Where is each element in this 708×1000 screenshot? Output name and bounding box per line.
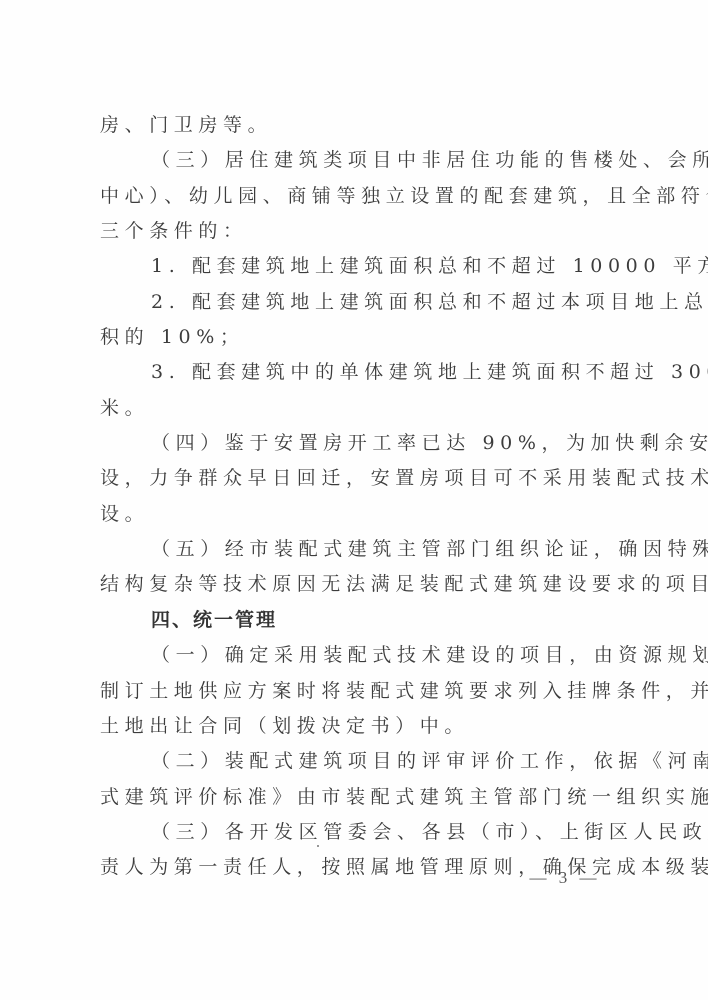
- text-line: （三）各开发区管委会、各县（市）、上街区人民政府主要负: [100, 815, 620, 850]
- document-page: 房、门卫房等。 （三）居住建筑类项目中非居住功能的售楼处、会所（活动 中心）、幼…: [0, 0, 708, 1000]
- text-line: 2. 配套建筑地上建筑面积总和不超过本项目地上总建筑面: [100, 285, 620, 320]
- scan-artifact-dot: [317, 845, 319, 847]
- text-line: 制订土地供应方案时将装配式建筑要求列入挂牌条件，并落实到: [100, 674, 620, 709]
- text-line: 式建筑评价标准》由市装配式建筑主管部门统一组织实施。: [100, 780, 620, 815]
- text-line: （三）居住建筑类项目中非居住功能的售楼处、会所（活动: [100, 143, 620, 178]
- text-line: （一）确定采用装配式技术建设的项目，由资源规划部门在: [100, 638, 620, 673]
- text-line: （二）装配式建筑项目的评审评价工作，依据《河南省装配: [100, 744, 620, 779]
- text-line: 中心）、幼儿园、商铺等独立设置的配套建筑，且全部符合下列: [100, 179, 620, 214]
- section-heading: 四、统一管理: [100, 603, 620, 638]
- text-line: 米。: [100, 391, 620, 426]
- text-line: 结构复杂等技术原因无法满足装配式建筑建设要求的项目。: [100, 567, 620, 602]
- text-line: 房、门卫房等。: [100, 108, 620, 143]
- document-body: 房、门卫房等。 （三）居住建筑类项目中非居住功能的售楼处、会所（活动 中心）、幼…: [100, 108, 620, 886]
- text-line: 设。: [100, 497, 620, 532]
- text-line: （四）鉴于安置房开工率已达 90%，为加快剩余安置房建: [100, 426, 620, 461]
- text-line: 设，力争群众早日回迁，安置房项目可不采用装配式技术进行建: [100, 461, 620, 496]
- text-line: 积的 10%；: [100, 320, 620, 355]
- text-line: 1. 配套建筑地上建筑面积总和不超过 10000 平方米；: [100, 249, 620, 284]
- page-number: — 3 —: [525, 868, 605, 888]
- text-line: 3. 配套建筑中的单体建筑地上建筑面积不超过 3000 平方: [100, 355, 620, 390]
- text-line: 土地出让合同（划拨决定书）中。: [100, 709, 620, 744]
- text-line: 三个条件的：: [100, 214, 620, 249]
- text-line: （五）经市装配式建筑主管部门组织论证，确因特殊功能、: [100, 532, 620, 567]
